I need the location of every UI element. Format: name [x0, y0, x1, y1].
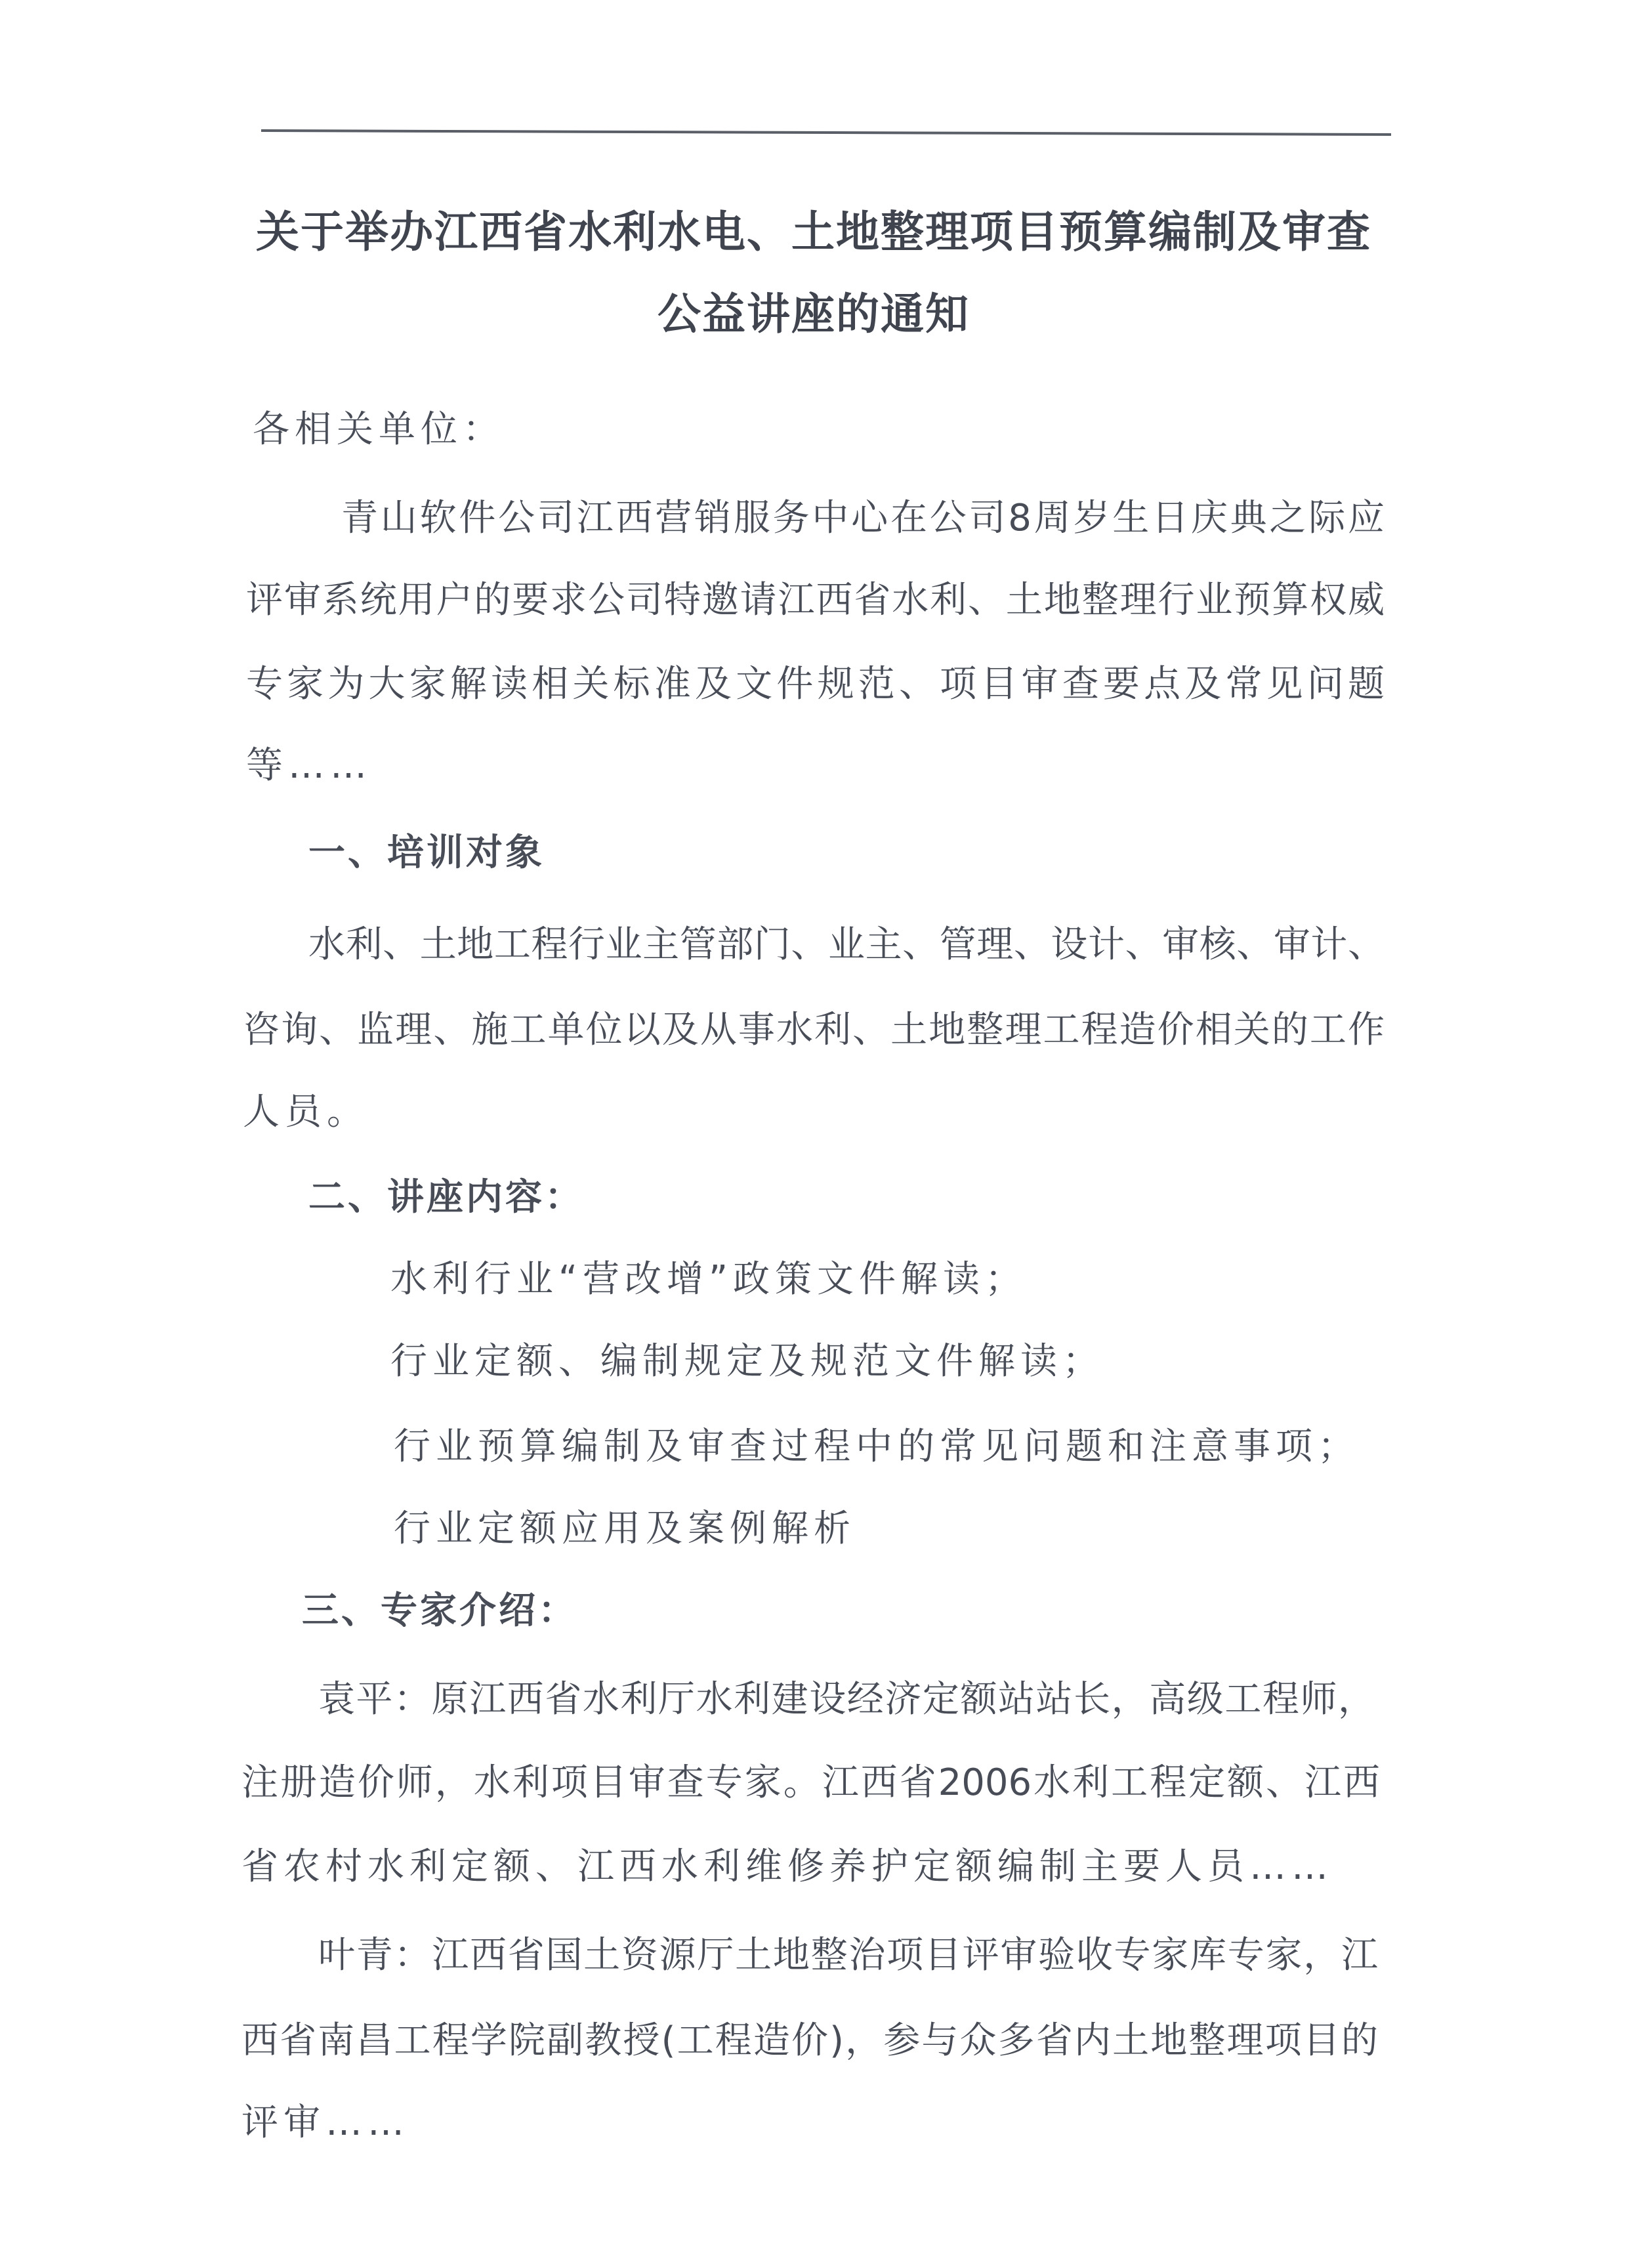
training-target-line-3: 人员。 — [243, 1083, 369, 1135]
lecture-item-4: 行业定额应用及案例解析 — [394, 1500, 856, 1552]
training-target-line-2: 咨询、监理、施工单位以及从事水利、土地整理工程造价相关的工作 — [243, 1001, 1385, 1053]
title-line-1: 关于举办江西省水利水电、土地整理项目预算编制及审查 — [197, 197, 1430, 259]
expert-1-line-3: 省农村水利定额、江西水利维修养护定额编制主要人员…… — [241, 1837, 1333, 1890]
intro-line-1: 青山软件公司江西营销服务中心在公司8周岁生日庆典之际应 — [341, 489, 1385, 541]
training-target-line-1: 水利、土地工程行业主管部门、业主、管理、设计、审核、审计、 — [308, 915, 1385, 968]
expert-2-line-2: 西省南昌工程学院副教授(工程造价)，参与众多省内土地整理项目的 — [241, 2011, 1378, 2064]
intro-line-2: 评审系统用户的要求公司特邀请江西省水利、土地整理行业预算权威 — [246, 571, 1385, 623]
intro-line-4: 等…… — [246, 736, 372, 789]
lecture-item-3: 行业预算编制及审查过程中的常见问题和注意事项； — [394, 1417, 1360, 1470]
title-line-2: 公益讲座的通知 — [197, 279, 1430, 341]
salutation: 各相关单位： — [253, 400, 505, 453]
expert-1-line-1: 袁平：原江西省水利厅水利建设经济定额站站长，高级工程师， — [318, 1670, 1375, 1723]
section-heading-training-target: 一、培训对象 — [308, 824, 545, 876]
document-page: 关于举办江西省水利水电、土地整理项目预算编制及审查 公益讲座的通知 各相关单位：… — [0, 0, 1628, 2268]
intro-line-3: 专家为大家解读相关标准及文件规范、项目审查要点及常见问题 — [246, 655, 1385, 707]
section-heading-lecture-content: 二、讲座内容： — [308, 1168, 584, 1221]
lecture-item-1: 水利行业“营改增”政策文件解读； — [390, 1250, 1027, 1303]
expert-1-line-2: 注册造价师，水利项目审查专家。江西省2006水利工程定额、江西 — [241, 1753, 1380, 1806]
header-rule — [261, 129, 1391, 136]
expert-2-line-3: 评审…… — [241, 2093, 409, 2146]
section-heading-experts: 三、专家介绍： — [302, 1582, 577, 1634]
expert-2-line-1: 叶青：江西省国土资源厅土地整治项目评审验收专家库专家，江 — [318, 1926, 1378, 1979]
lecture-item-2: 行业定额、编制规定及规范文件解读； — [390, 1332, 1104, 1385]
